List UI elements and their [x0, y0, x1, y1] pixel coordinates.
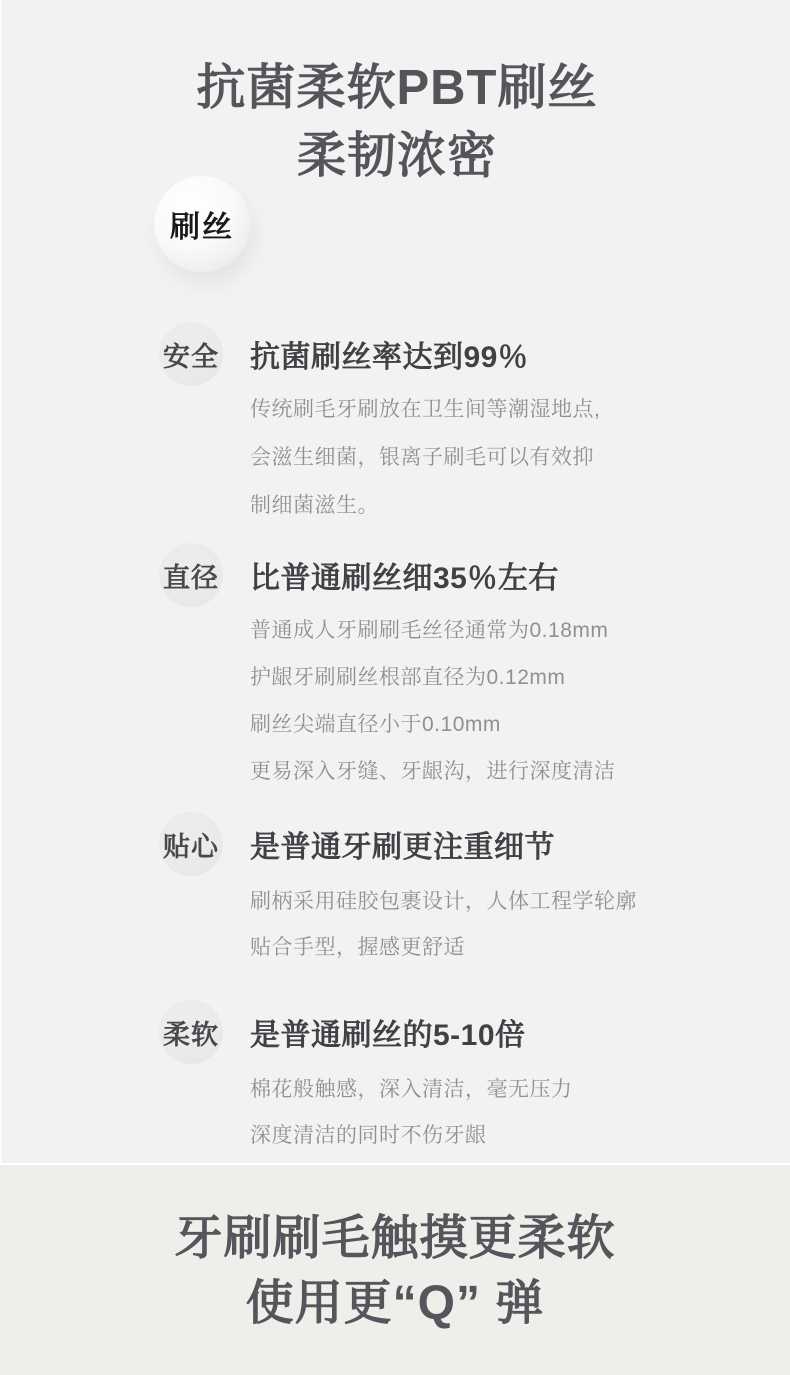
section-thoughtful: 贴心 是普通牙刷更注重细节 刷柄采用硅胶包裹设计，人体工程学轮廓贴合手型，握感更… [159, 812, 637, 971]
body-line: 深度清洁的同时不伤牙龈 [250, 1113, 573, 1159]
body-line: 护龈牙刷刷丝根部直径为0.12mm [250, 654, 616, 701]
body-line: 会滋生细菌，银离子刷毛可以有效抑 [250, 434, 600, 482]
section-safety-badge: 安全 [159, 322, 223, 386]
section-softness-content: 是普通刷丝的5-10倍 棉花般触感，深入清洁，毫无压力深度清洁的同时不伤牙龈 [250, 1000, 573, 1159]
footer-banner: 牙刷刷毛触摸更柔软 使用更“Q” 弹 [0, 1163, 790, 1375]
section-softness-badge: 柔软 [159, 1000, 223, 1064]
section-softness-headline: 是普通刷丝的5-10倍 [250, 1000, 573, 1064]
section-diameter-badge: 直径 [159, 543, 223, 607]
section-diameter: 直径 比普通刷丝细35％左右 普通成人牙刷刷毛丝径通常为0.18mm护龈牙刷刷丝… [159, 543, 616, 795]
body-line: 传统刷毛牙刷放在卫生间等潮湿地点, [250, 386, 600, 434]
section-thoughtful-content: 是普通牙刷更注重细节 刷柄采用硅胶包裹设计，人体工程学轮廓贴合手型，握感更舒适 [250, 812, 637, 971]
section-safety-headline: 抗菌刷丝率达到99％ [250, 322, 600, 386]
section-softness: 柔软 是普通刷丝的5-10倍 棉花般触感，深入清洁，毫无压力深度清洁的同时不伤牙… [159, 1000, 573, 1159]
section-thoughtful-headline: 是普通牙刷更注重细节 [250, 812, 637, 876]
body-line: 制细菌滋生。 [250, 482, 600, 530]
section-safety-body: 传统刷毛牙刷放在卫生间等潮湿地点,会滋生细菌，银离子刷毛可以有效抑制细菌滋生。 [250, 386, 600, 530]
body-line: 贴合手型，握感更舒适 [250, 925, 637, 971]
section-diameter-body: 普通成人牙刷刷毛丝径通常为0.18mm护龈牙刷刷丝根部直径为0.12mm刷丝尖端… [250, 607, 616, 795]
page-title: 抗菌柔软PBT刷丝 柔韧浓密 [2, 54, 790, 190]
section-safety-content: 抗菌刷丝率达到99％ 传统刷毛牙刷放在卫生间等潮湿地点,会滋生细菌，银离子刷毛可… [250, 322, 600, 530]
footer-title-line2: 使用更“Q” 弹 [0, 1271, 790, 1336]
footer-title-line1: 牙刷刷毛触摸更柔软 [0, 1206, 790, 1271]
footer-title: 牙刷刷毛触摸更柔软 使用更“Q” 弹 [0, 1165, 790, 1336]
product-detail-page: 抗菌柔软PBT刷丝 柔韧浓密 刷丝 安全 抗菌刷丝率达到99％ 传统刷毛牙刷放在… [0, 0, 790, 1375]
body-line: 刷丝尖端直径小于0.10mm [250, 701, 616, 748]
body-line: 普通成人牙刷刷毛丝径通常为0.18mm [250, 607, 616, 654]
bristles-sphere-label: 刷丝 [170, 202, 234, 246]
section-softness-body: 棉花般触感，深入清洁，毫无压力深度清洁的同时不伤牙龈 [250, 1067, 573, 1159]
section-safety: 安全 抗菌刷丝率达到99％ 传统刷毛牙刷放在卫生间等潮湿地点,会滋生细菌，银离子… [159, 322, 600, 530]
section-thoughtful-badge: 贴心 [159, 812, 223, 876]
bristles-info-panel: 抗菌柔软PBT刷丝 柔韧浓密 刷丝 安全 抗菌刷丝率达到99％ 传统刷毛牙刷放在… [0, 0, 790, 1163]
section-diameter-headline: 比普通刷丝细35％左右 [250, 543, 616, 607]
bristles-sphere-badge: 刷丝 [154, 176, 250, 272]
body-line: 刷柄采用硅胶包裹设计，人体工程学轮廓 [250, 879, 637, 925]
section-thoughtful-body: 刷柄采用硅胶包裹设计，人体工程学轮廓贴合手型，握感更舒适 [250, 879, 637, 971]
page-title-line2: 柔韧浓密 [2, 122, 790, 190]
page-title-line1: 抗菌柔软PBT刷丝 [2, 54, 790, 122]
section-diameter-content: 比普通刷丝细35％左右 普通成人牙刷刷毛丝径通常为0.18mm护龈牙刷刷丝根部直… [250, 543, 616, 795]
body-line: 棉花般触感，深入清洁，毫无压力 [250, 1067, 573, 1113]
body-line: 更易深入牙缝、牙龈沟，进行深度清洁 [250, 748, 616, 795]
